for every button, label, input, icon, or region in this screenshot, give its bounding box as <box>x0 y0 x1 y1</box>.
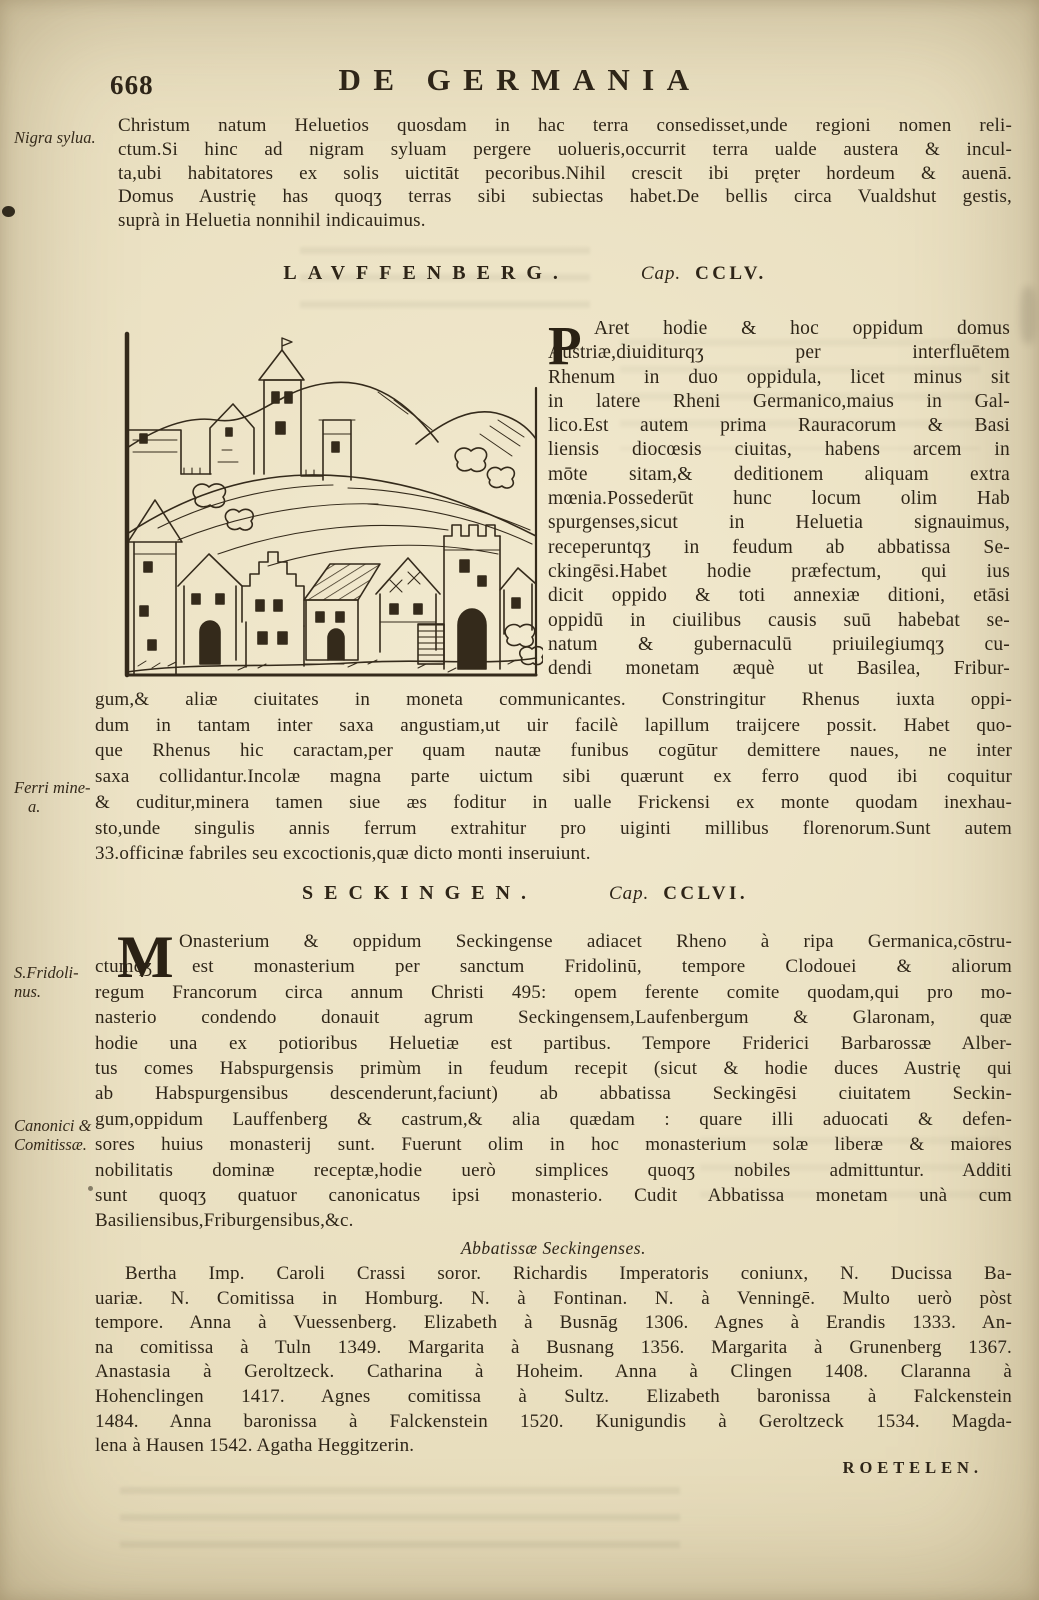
text-line: suprà in Heluetia nonnihil indicauimus. <box>118 209 1012 233</box>
intro-paragraph: Christum natum Heluetios quosdam in hac … <box>118 114 1012 233</box>
text-line: oppidū in ciuilibus causis suū habebat s… <box>548 609 1010 633</box>
smudge <box>1020 286 1036 344</box>
bleedthrough-text <box>120 1478 680 1548</box>
text-line: 33.officinæ fabriles seu excoctionis,quæ… <box>95 841 1012 867</box>
text-line: ab Habspurgensibus descenderunt,faciunt)… <box>95 1081 1012 1106</box>
woodcut-lauffenberg-town-view <box>118 322 543 688</box>
text-line: tempore. Anna à Vuessenberg. Elizabeth à… <box>95 1311 1012 1336</box>
text-line: Hohenclingen 1417. Agnes comitissa à Sul… <box>95 1385 1012 1410</box>
text-line: uariæ. N. Comitissa in Homburg. N. à Fon… <box>95 1287 1012 1312</box>
text-line: Domus Austrię has quoqʒ terras sibi subi… <box>118 185 1012 209</box>
text-line: sores huius monasterij sunt. Fuerunt oli… <box>95 1132 1012 1157</box>
text-line: regum Francorum circa annum Christi 495:… <box>95 980 1012 1005</box>
text-line: ctumqʒ est monasterium per sanctum Frido… <box>95 954 1012 979</box>
chapter-label: Cap. <box>641 263 681 284</box>
lauffenberg-column-text: P Aret hodie & hoc oppidum domus Austriæ… <box>548 317 1010 681</box>
text-line: Rhenum in duo oppidula, licet minus sit <box>548 366 1010 390</box>
chapter-title: LAVFFENBERG. <box>283 262 569 285</box>
text-line: receperuntqʒ in feudum ab abbatissa Se- <box>548 536 1010 560</box>
text-line: sunt quoqʒ quatuor canonicatus ipsi mona… <box>95 1183 1012 1208</box>
dropcap-initial: P <box>548 318 582 373</box>
text-line: Austriæ,diuiditurqʒ per interfluētem <box>548 341 1010 365</box>
ink-speck <box>88 1186 93 1191</box>
text-line: nasterio condendo donauit agrum Seckinge… <box>95 1005 1012 1030</box>
text-line: gum,& aliæ ciuitates in moneta communica… <box>95 687 1012 713</box>
text-line: nobilitatis dominæ receptæ,hodie uerò si… <box>95 1158 1012 1183</box>
text-line: 1484. Anna baronissa à Falckenstein 1520… <box>95 1410 1012 1435</box>
text-line: ctum.Si hinc ad nigram syluam pergere uo… <box>118 138 1012 162</box>
dropcap-initial: M <box>117 927 174 987</box>
text-line: & cuditur,minera tamen siue æs foditur i… <box>95 790 1012 816</box>
chapter-title: SECKINGEN. <box>302 882 537 905</box>
text-line: lena à Hausen 1542. Agatha Heggitzerin. <box>95 1434 1012 1459</box>
chapter-heading-seckingen: SECKINGEN. Cap.CCLVI. <box>95 882 955 905</box>
text-line: que Rhenus hic caractam,per quam nautæ f… <box>95 738 1012 764</box>
chapter-label: Cap. <box>609 883 649 904</box>
text-line: liensis diocœsis ciuitas, habens arcem i… <box>548 438 1010 462</box>
text-line: mœnia.Possederūt hunc locum olim Hab <box>548 487 1010 511</box>
subheading-abbatissae: Abbatissæ Seckingenses. <box>95 1238 1012 1259</box>
chapter-heading-lauffenberg: LAVFFENBERG. Cap.CCLV. <box>95 262 955 285</box>
text-line: Onasterium & oppidum Seckingense adiacet… <box>95 929 1012 954</box>
text-line: Aret hodie & hoc oppidum domus <box>548 317 1010 341</box>
text-line: natum & gubernaculū priuilegiumqʒ cu- <box>548 633 1010 657</box>
abbess-list: Bertha Imp. Caroli Crassi soror. Richard… <box>95 1262 1012 1459</box>
text-line: lico.Est autem prima Rauracorum & Basi <box>548 414 1010 438</box>
lauffenberg-continuation: gum,& aliæ ciuitates in moneta communica… <box>95 687 1012 867</box>
text-line: saxa collidantur.Incolæ magna parte uict… <box>95 764 1012 790</box>
text-line: Christum natum Heluetios quosdam in hac … <box>118 114 1012 138</box>
text-line: Basiliensibus,Friburgensibus,&c. <box>95 1208 1012 1233</box>
text-line: dum in tantam inter saxa angustiam,ut ui… <box>95 713 1012 739</box>
text-line: dicit oppido & toti annexiæ ditioni, etā… <box>548 584 1010 608</box>
catchword: ROETELEN. <box>843 1458 983 1478</box>
running-title: DE GERMANIA <box>300 62 740 98</box>
text-line: Anastasia à Geroltzeck. Catharina à Hohe… <box>95 1360 1012 1385</box>
text-line: ta,ubi habitatores ex solis uictitāt pec… <box>118 162 1012 186</box>
text-line: gum,oppidum Lauffenberg & castrum,& alia… <box>95 1107 1012 1132</box>
seckingen-paragraph: M Onasterium & oppidum Seckingense adiac… <box>95 929 1012 1234</box>
text-line: mōte sitam,& deditionem aliquam extra <box>548 463 1010 487</box>
text-line: in latere Rheni Germanico,maius in Gal- <box>548 390 1010 414</box>
text-line: hodie una ex potioribus Heluetiæ est par… <box>95 1031 1012 1056</box>
page-number: 668 <box>110 70 154 101</box>
text-line: na comitissa à Tuln 1349. Margarita à Bu… <box>95 1336 1012 1361</box>
ink-speck <box>2 206 15 217</box>
chapter-numeral: CCLV. <box>695 263 767 284</box>
chapter-number: Cap.CCLVI. <box>609 883 748 905</box>
text-line: dendi monetam æquè ut Basilea, Fribur- <box>548 657 1010 681</box>
text-line: spurgenses,sicut in Heluetia signauimus, <box>548 511 1010 535</box>
text-line: Bertha Imp. Caroli Crassi soror. Richard… <box>95 1262 1012 1287</box>
text-line: sto,unde singulis annis ferrum extrahitu… <box>95 816 1012 842</box>
chapter-number: Cap.CCLV. <box>641 263 767 285</box>
book-page: 668 DE GERMANIA Nigra sylua. Ferri mine-… <box>0 0 1039 1600</box>
chapter-numeral: CCLVI. <box>663 883 748 904</box>
text-line: tus comes Habspurgensis primùm in feudum… <box>95 1056 1012 1081</box>
margin-note-nigra-sylua: Nigra sylua. <box>14 128 118 147</box>
text-line: ckingēsi.Habet hodie præfectum, qui ius <box>548 560 1010 584</box>
